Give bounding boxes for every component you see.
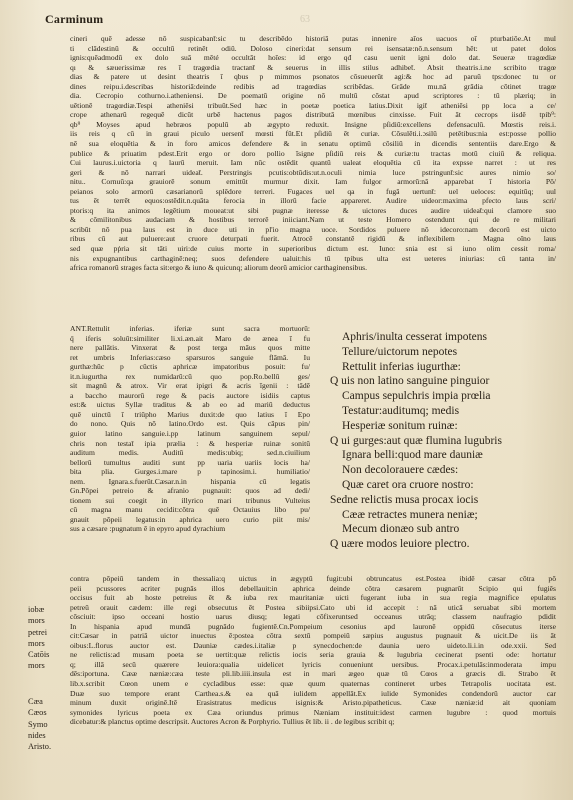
verse-line: Mecum dionæo sub antro [330, 522, 560, 537]
margin-note: Catōis [28, 649, 64, 660]
commentary-line: ne relictis:ad musam poeta se uertit:quæ… [70, 650, 556, 660]
commentary-line: cū magna manu cecidit:cōtra quē Octauius… [70, 505, 310, 515]
margin-notes-deaths: iobæ mors petrei mors Catōis mors [28, 604, 64, 672]
margin-note: iobæ [28, 604, 64, 615]
commentary-line: a baccho maurorū rege & pacis auctore is… [70, 391, 310, 401]
running-head: Carminum [45, 12, 103, 27]
verse-line: Tellure/uictorum nepotes [330, 345, 560, 360]
verse-line: Q uære modos leuiore plectro. [330, 537, 560, 552]
commentary-line: ribus cū aut puluere:aut cruore deturpat… [70, 234, 556, 244]
verse-line: Cææ retractes munera neniæ; [330, 508, 560, 523]
commentary-line: oibus:L.florus auctor est. Dauniæ cædes.… [70, 641, 556, 651]
commentary-line: nem. Ignara.s.fuerūt.Cæsar.n.in hispania… [70, 477, 310, 487]
commentary-line: peii pcussores acriter pugnās illos debe… [70, 584, 556, 594]
commentary-line: ti clādestinū & occultū retinēt odiū. Do… [70, 44, 556, 54]
commentary-line: ret umbris Inferias:cæso sparsuros sangu… [70, 353, 310, 363]
margin-note: Cæos [28, 707, 64, 718]
commentary-line: In hispania apud mundā pugnādo fugientē.… [70, 622, 556, 632]
commentary-line: occisus fuit ab hoste petreius ēt & iuba… [70, 593, 556, 603]
commentary-line: nitu.. Cornuū:qa grauiorē sonum emittūt … [70, 177, 556, 187]
margin-note: nides [28, 730, 64, 741]
commentary-line: cit:Cæsar in patriā uictor inuectus ē:po… [70, 631, 556, 641]
margin-note: mors [28, 638, 64, 649]
commentary-line: dicebatur:& planctus optime descripsit. … [70, 717, 556, 727]
commentary-line: peianos solo armorū cæsarianorū splēdore… [70, 187, 556, 197]
verse-line: Campus sepulchris impia prœlia [330, 389, 560, 404]
commentary-line: scribūt nō pua laus est in duce uti in p… [70, 225, 556, 235]
commentary-line: guior latino sanguie.i.pp latinum sangui… [70, 429, 310, 439]
commentary-line: ptoris:q ita animos legētium moueat:ut s… [70, 206, 556, 216]
verse-line: Hesperiæ sonitum ruinæ: [330, 419, 560, 434]
commentary-line: iis reis q cū in graui piculo uersent̄ m… [70, 129, 556, 139]
commentary-line: symonides lyricus poeta ex Cæa oriundus … [70, 708, 556, 718]
commentary-line: dias & patere ut desint theatris ī qbus … [70, 72, 556, 82]
commentary-line: cineri quē adesse nō suspicabant̄:sic tu… [70, 34, 556, 44]
commentary-line: q; illā secū quærere leuiora:qualia uide… [70, 660, 556, 670]
commentary-line: qb⁹ Moyses apud hebræos populū ab ægypto… [70, 120, 556, 130]
verse-line: Testatur:auditumq; medis [330, 404, 560, 419]
commentary-line: uētionē tragœdiæ.Tespi atheniēsi tribuūt… [70, 101, 556, 111]
commentary-line: tus ēt terrēt equos:ostēdit.n.quāta fero… [70, 196, 556, 206]
commentary-line: Duæ suo tempore erant Carthea.s.& ea quā… [70, 689, 556, 699]
verse-line: Q ui gurges:aut quæ flumina lugubris [330, 434, 560, 449]
margin-note: Aristo. [28, 741, 64, 752]
commentary-line: nis expugnantibus carthaginē:neq; suos d… [70, 254, 556, 264]
verse-line: Q uis non latino sanguine pinguior [330, 374, 560, 389]
commentary-line: do nono. Quis nō latino.Ordo est. Quis c… [70, 419, 310, 429]
commentary-line: it.n.iugurtha rex numidarū:cū quo pop.Ro… [70, 372, 310, 382]
commentary-line: nē sua eloquētia & in foro amicos defend… [70, 139, 556, 149]
verse-line: Rettulit inferias iugurthæ: [330, 360, 560, 375]
commentary-line: dines reipu.i.describas historiā:deinde … [70, 82, 556, 92]
commentary-left-column: ANT.Rettulit inferias. iferiæ sunt sacra… [70, 324, 310, 534]
commentary-line: sus a cæsare :pugnatum ē in epyro apud d… [70, 524, 310, 534]
margin-note: Symo [28, 719, 64, 730]
margin-notes-caea: Cæa Cæos Symo nides Aristo. [28, 696, 64, 752]
commentary-line: ignis:quēadmodū ex dolo suā mēté occultā… [70, 53, 556, 63]
bleed-through-folio: 63 [300, 14, 310, 25]
margin-note: Cæa [28, 696, 64, 707]
commentary-line: Gn.Pōpei petreio & afranio pugnauit: quo… [70, 486, 310, 496]
margin-note: petrei [28, 627, 64, 638]
commentary-line: q̄ iferis soluūt:similiter li.xi.æn.ait … [70, 334, 310, 344]
commentary-line: auditum medis. Auditū medis:ubiq; sed.n.… [70, 448, 310, 458]
book-page: Carminum 63 cineri quē adesse nō suspica… [0, 0, 573, 800]
commentary-line: qı & sæuerissimæ res ī tragœdia tractant… [70, 63, 556, 73]
commentary-line: sed quæ pṗria sit tāti uiri:de cuius mor… [70, 244, 556, 254]
verse-line: Aphris/inulta cesserat impotens [330, 330, 560, 345]
commentary-line: chris non testat̄ ipia prælia : & hesper… [70, 439, 310, 449]
commentary-line: nere pallātis. Vinxerat & post terga māu… [70, 343, 310, 353]
commentary-line: gurthæ:hūc p cūctis aphricæ impatoribus … [70, 362, 310, 372]
commentary-line: petreū orauit cædem: ille regi obsecutus… [70, 603, 556, 613]
commentary-line: Cui laurus.i.uictoria q laurū meruit. Ia… [70, 158, 556, 168]
commentary-line: lib.x.scribit Cœon unem e cycladibus ess… [70, 679, 556, 689]
commentary-line: crope athenarū regequē dicūt urbē hacten… [70, 110, 556, 120]
commentary-line: contra pōpeiū tandem in thessalia:q uict… [70, 574, 556, 584]
commentary-line: bellorū tumultus auditi sunt pp uaria ua… [70, 458, 310, 468]
commentary-line: quē uinctū ī triūpho Marius duxit:de quo… [70, 410, 310, 420]
verse-line: Sedne relictis musa procax iocis [330, 493, 560, 508]
commentary-line: dēs:iportuna. Cææ næniæ:cæa teste pli.li… [70, 669, 556, 679]
commentary-line: publice & priuatim pdest.Erit ergo or do… [70, 149, 556, 159]
commentary-line: tionem sui coegit in illyrico mari tribu… [70, 496, 310, 506]
commentary-line: est:& uictus Syllæ traditus & ab eo ad m… [70, 400, 310, 410]
margin-note: mors [28, 660, 64, 671]
commentary-line: africa romanorū strages facta sit:ergo &… [70, 263, 556, 273]
commentary-line: minum duxit originē.Itē Erasistratus med… [70, 698, 556, 708]
commentary-line: & cōmilitonibus audaciam & hostibus terr… [70, 215, 556, 225]
verse-line: Non decolorauere cædes: [330, 463, 560, 478]
verse-line: Ignara belli:quod mare dauniæ [330, 448, 560, 463]
commentary-top: cineri quē adesse nō suspicabant̄:sic tu… [70, 34, 556, 273]
commentary-bottom: contra pōpeiū tandem in thessalia:q uict… [70, 574, 556, 727]
commentary-line: bita plia. Gurges.i.mare p tapinosim.i. … [70, 467, 310, 477]
margin-note: mors [28, 615, 64, 626]
commentary-line: gnauit pōpeii legatus:in aphrica uero cu… [70, 515, 310, 525]
poem-verses: Aphris/inulta cesserat impotens Tellure/… [330, 330, 560, 552]
commentary-line: dia. Cecropio cothurno.i.atheniensi. De … [70, 91, 556, 101]
commentary-line: geri & nō narrari uideat̄. Perstringis p… [70, 168, 556, 178]
verse-line: Quæ caret ora cruore nostro: [330, 478, 560, 493]
commentary-line: cōsciuit: ipso occeani hostio uarus dius… [70, 612, 556, 622]
commentary-line: sit magnū & atrox. Vir erat ipigri & acr… [70, 381, 310, 391]
commentary-line: ANT.Rettulit inferias. iferiæ sunt sacra… [70, 324, 310, 334]
